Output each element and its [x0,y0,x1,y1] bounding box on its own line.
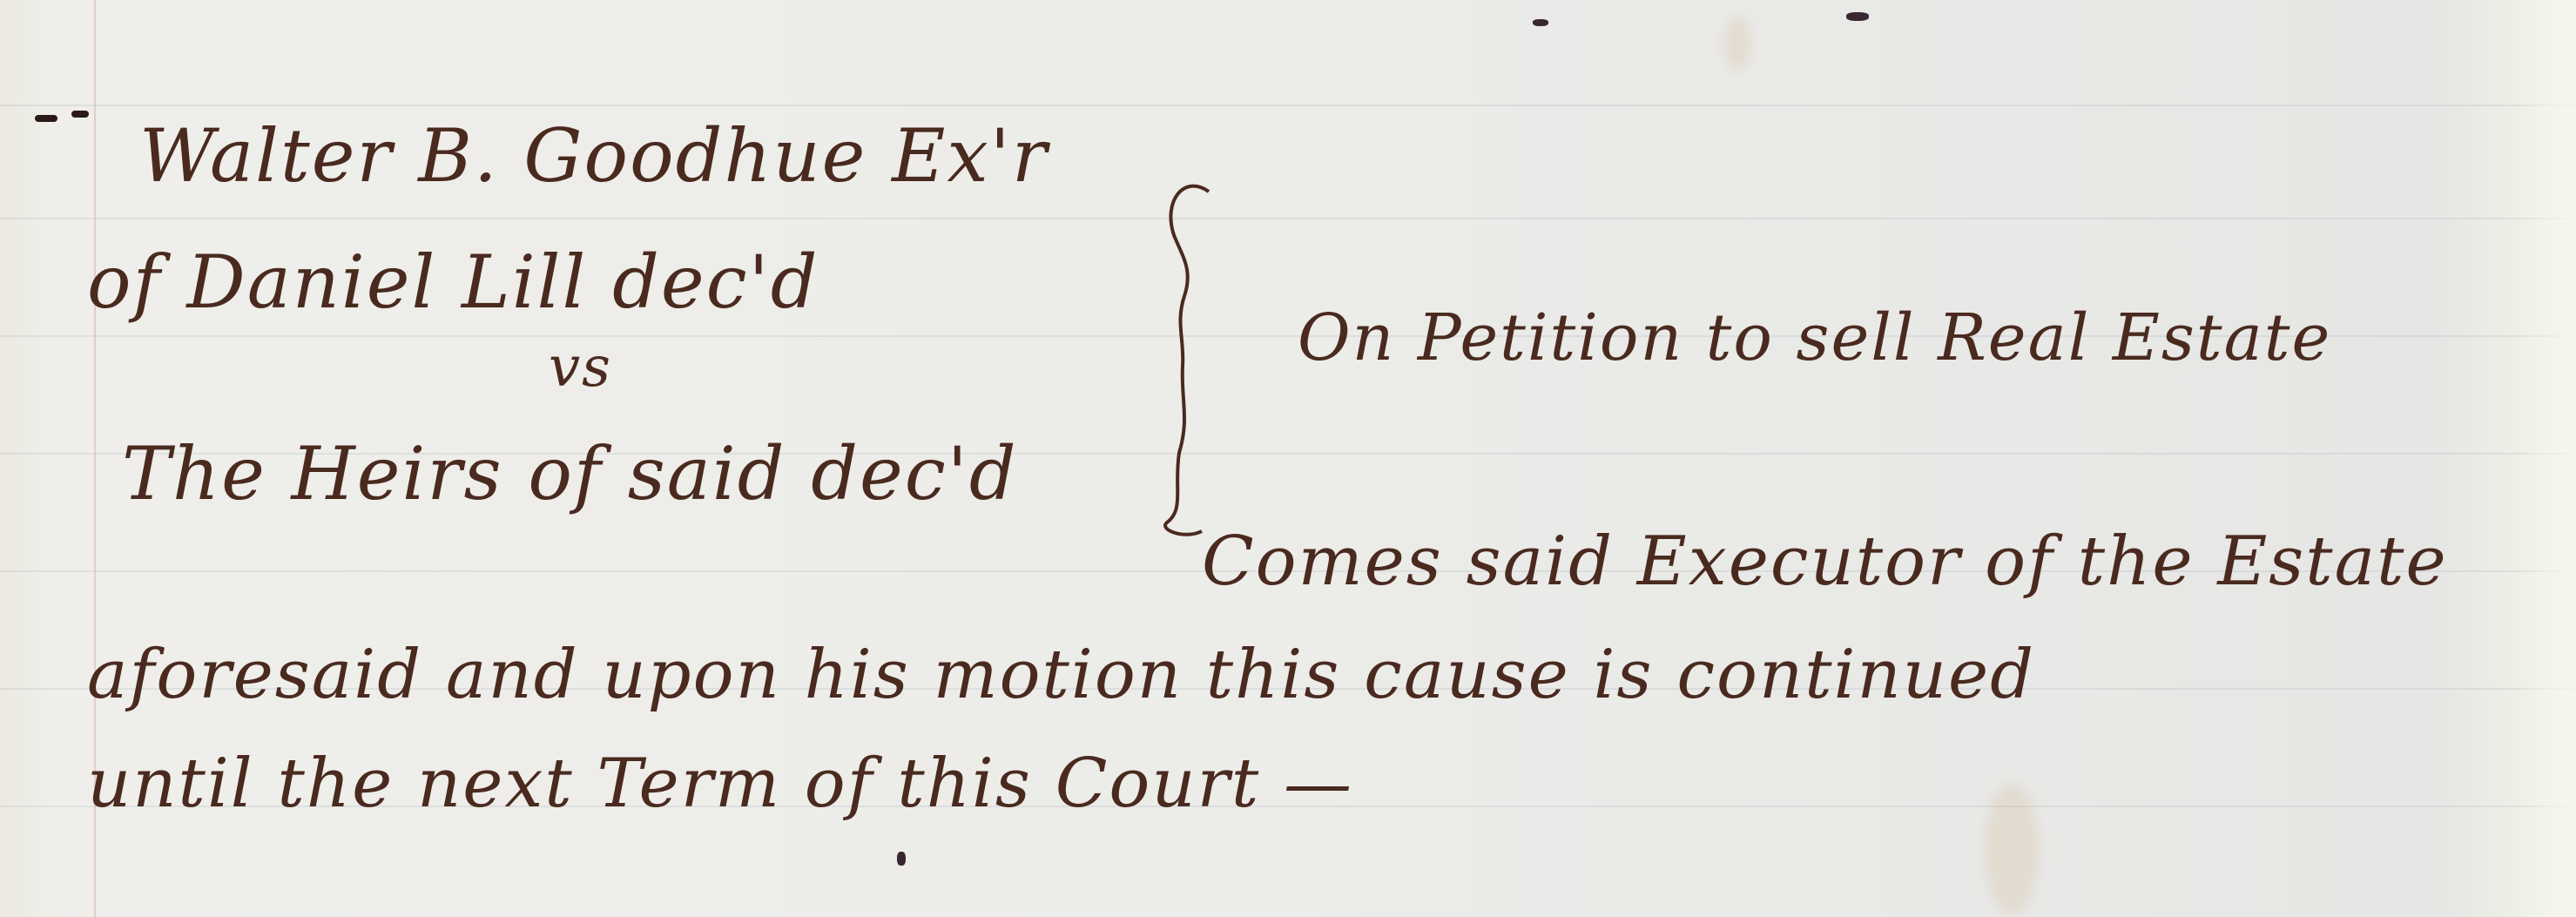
body-line-2: aforesaid and upon his motion this cause… [87,636,2035,714]
page-edge [2515,0,2576,917]
body-line-1: Comes said Executor of the Estate [1202,523,2448,601]
caption-versus: vs [549,335,612,400]
paper-stain [1986,784,2038,914]
ink-blot [897,852,906,866]
caption-estate: of Daniel Lill dec'd [87,239,819,325]
margin-dash-mark [71,111,89,118]
caption-petition-type: On Petition to sell Real Estate [1298,300,2331,375]
ruled-line [0,218,2576,219]
manuscript-page: Walter B. Goodhue Ex'r of Daniel Lill de… [0,0,2576,917]
ink-blot [1846,12,1869,21]
ink-blot [1533,19,1548,26]
caption-respondent: The Heirs of said dec'd [122,431,1018,516]
caption-petitioner: Walter B. Goodhue Ex'r [139,113,1049,199]
margin-dash-mark [35,115,57,122]
curly-brace-icon [1158,174,1228,540]
ruled-line [0,105,2576,106]
paper-stain [1724,17,1750,70]
body-line-3: until the next Term of this Court — [87,745,1353,823]
